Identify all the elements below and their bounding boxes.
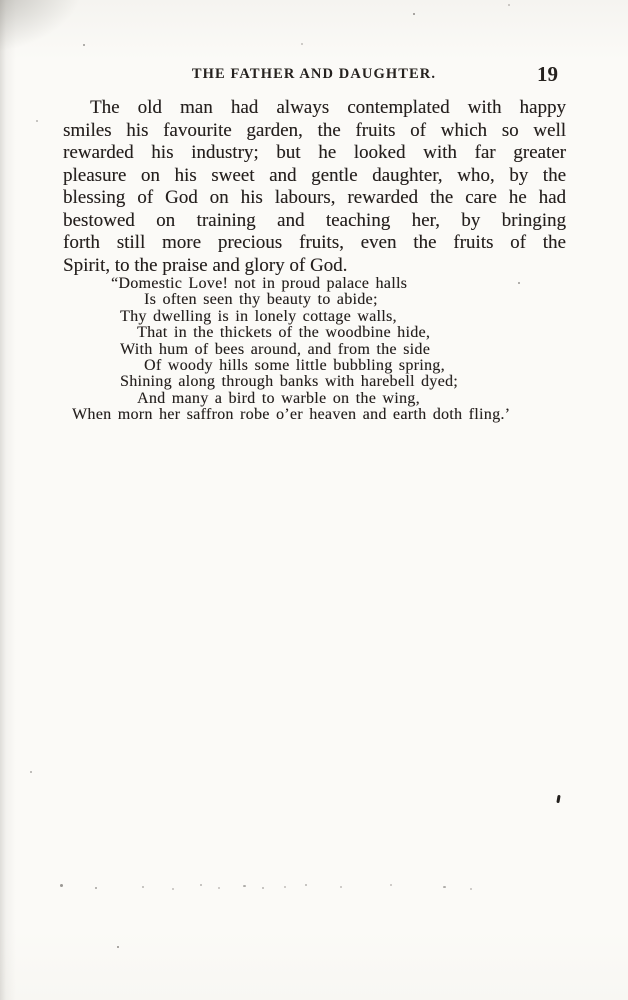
- poem-line: Thy dwelling is in lonely cottage walls,: [120, 309, 573, 325]
- scan-speck: [243, 885, 246, 887]
- paragraph-line: pleasure on his sweet and gentle daughte…: [63, 165, 566, 188]
- scan-speck: [218, 887, 220, 889]
- poem-line: With hum of bees around, and from the si…: [120, 342, 573, 358]
- scan-speck: [301, 43, 303, 45]
- paragraph-line: Spirit, to the praise and glory of God.: [63, 255, 566, 278]
- scan-speck: [508, 4, 510, 6]
- scan-speck: [60, 884, 63, 887]
- scan-speck: [518, 282, 520, 284]
- scan-speck: [262, 887, 264, 889]
- chapter-title: THE FATHER AND DAUGHTER.: [192, 66, 436, 83]
- poem-quotation: “Domestic Love! not in proud palace hall…: [63, 276, 573, 424]
- paragraph-line: smiles his favourite garden, the fruits …: [63, 120, 566, 143]
- ink-mark: [556, 795, 560, 803]
- scan-speck: [95, 887, 97, 889]
- scan-speck: [142, 886, 144, 888]
- poem-line: Shining along through banks with harebel…: [120, 374, 573, 390]
- running-head: THE FATHER AND DAUGHTER. 19: [0, 64, 628, 84]
- scan-speck: [340, 886, 342, 888]
- scan-speck: [83, 44, 85, 46]
- poem-line: Is often seen thy beauty to abide;: [144, 292, 573, 308]
- paragraph-line: blessing of God on his labours, rewarded…: [63, 187, 566, 210]
- scan-speck: [305, 884, 307, 886]
- paragraph-line: bestowed on training and teaching her, b…: [63, 210, 566, 233]
- scan-speck: [172, 888, 174, 890]
- page-number: 19: [537, 62, 558, 87]
- scan-speck: [284, 886, 286, 888]
- scan-speck: [36, 120, 38, 122]
- paragraph-line: rewarded his industry; but he looked wit…: [63, 142, 566, 165]
- poem-line: And many a bird to warble on the wing,: [137, 391, 573, 407]
- scan-speck: [200, 884, 202, 886]
- paragraph-line: The old man had always contemplated with…: [63, 97, 566, 120]
- scan-speck: [413, 13, 415, 15]
- scan-speck: [117, 946, 119, 948]
- scanned-book-page: THE FATHER AND DAUGHTER. 19 The old man …: [0, 0, 628, 1000]
- paragraph-line: forth still more precious fruits, even t…: [63, 232, 566, 255]
- poem-line: Of woody hills some little bubbling spri…: [144, 358, 573, 374]
- scan-speck: [390, 884, 392, 886]
- main-paragraph: The old man had always contemplated with…: [63, 97, 566, 277]
- scan-speck: [470, 888, 472, 890]
- scan-speck: [443, 886, 446, 888]
- poem-line: When morn her saffron robe o’er heaven a…: [72, 407, 573, 423]
- scan-speck: [30, 771, 32, 773]
- poem-line: “Domestic Love! not in proud palace hall…: [111, 276, 573, 292]
- poem-line: That in the thickets of the woodbine hid…: [137, 325, 573, 341]
